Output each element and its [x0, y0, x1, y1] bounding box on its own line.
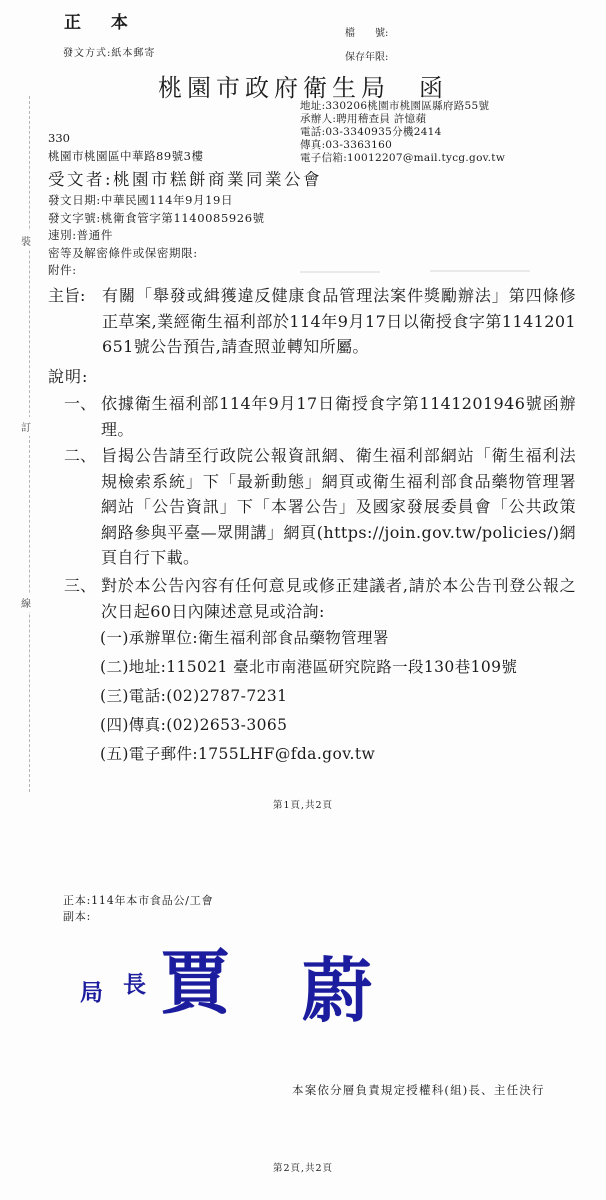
document-meta-block: 發文日期:中華民國114年9月19日 發文字號:桃衛食管字第1140085926…	[48, 192, 265, 280]
margin-char-zhuang: 裝	[21, 231, 31, 250]
agency-contact-person: 承辦人:聘用稽查員 許憶蘋	[300, 113, 505, 126]
subitem-fax: (四)傳真:(02)2653-3065	[100, 711, 517, 740]
issue-number: 發文字號:桃衛食管字第1140085926號	[48, 210, 265, 228]
delegation-note: 本案依分層負責規定授權科(組)長、主任決行	[292, 1082, 545, 1098]
scanned-official-letter: 裝 訂 線 正 本 發文方式:紙本郵寄 檔 號: 保存年限: 桃園市政府衛生局 …	[0, 0, 606, 1200]
contact-subitems: (一)承辦單位:衛生福利部食品藥物管理署 (二)地址:115021 臺北市南港區…	[100, 624, 517, 769]
signer-title-char: 局	[80, 974, 103, 1007]
attachment: 附件:	[48, 262, 265, 280]
agency-contact-block: 地址:330206桃園市桃園區縣府路55號 承辦人:聘用稽查員 許憶蘋 電話:0…	[300, 100, 505, 165]
explanation-item-2: 二、 旨揭公告請至行政院公報資訊網、衛生福利部網站「衛生福利法規檢索系統」下「最…	[64, 443, 576, 571]
explanation-item-1: 一、 依據衛生福利部114年9月17日衛授食字第1141201946號函辦理。	[64, 391, 576, 442]
issue-date: 發文日期:中華民國114年9月19日	[48, 192, 265, 210]
explanation-item-3: 三、 對於本公告內容有任何意見或修正建議者,請於本公告刊登公報之次日起60日內陳…	[64, 573, 576, 624]
item-text: 依據衛生福利部114年9月17日衛授食字第1141201946號函辦理。	[101, 391, 576, 442]
copy-type-label: 正 本	[64, 8, 140, 33]
agency-address: 地址:330206桃園市桃園區縣府路55號	[300, 100, 505, 113]
send-method-label: 發文方式:紙本郵寄	[63, 44, 155, 59]
agency-fax: 傳真:03-3363160	[300, 139, 505, 152]
priority: 速別:普通件	[48, 227, 265, 245]
recipient-mailing-address: 桃園市桃園區中華路89號3樓	[48, 148, 203, 164]
retention-period-label: 保存年限:	[345, 48, 388, 63]
item-number: 二、	[64, 443, 101, 469]
original-copy-line: 正本:114年本市食品公/工會	[63, 893, 213, 909]
subject-label: 主旨:	[48, 283, 102, 309]
file-number-label: 檔 號:	[345, 24, 388, 39]
agency-phone: 電話:03-3340935分機2414	[300, 126, 505, 139]
subitem-address: (二)地址:115021 臺北市南港區研究院路一段130巷109號	[100, 653, 517, 682]
margin-char-xian: 線	[21, 593, 31, 612]
binding-dashed-line	[29, 96, 30, 792]
subitem-phone: (三)電話:(02)2787-7231	[100, 682, 517, 711]
document-title: 桃園市政府衛生局 函	[0, 68, 606, 103]
item-text: 旨揭公告請至行政院公報資訊網、衛生福利部網站「衛生福利法規檢索系統」下「最新動態…	[101, 443, 576, 571]
subitem-unit: (一)承辦單位:衛生福利部食品藥物管理署	[100, 624, 517, 653]
signer-title-char: 長	[123, 966, 146, 999]
recipient-line: 受文者:桃園市糕餅商業同業公會	[48, 166, 322, 190]
cc-line: 副本:	[63, 909, 213, 925]
item-number: 一、	[64, 391, 101, 417]
subject-text: 有關「舉發或緝獲違反健康食品管理法案件獎勵辦法」第四條修正草案,業經衛生福利部於…	[102, 283, 576, 360]
distribution-block: 正本:114年本市食品公/工會 副本:	[63, 893, 213, 925]
item-text: 對於本公告內容有任何意見或修正建議者,請於本公告刊登公報之次日起60日內陳述意見…	[101, 573, 576, 624]
page2-footer: 第2頁,共2頁	[0, 1160, 606, 1174]
page1-footer: 第1頁,共2頁	[0, 797, 606, 811]
item-number: 三、	[64, 573, 101, 599]
explanation-label: 說明:	[48, 364, 88, 387]
margin-char-ding: 訂	[21, 417, 31, 436]
director-signature-stamp: 局 長 賈 蔚	[80, 948, 372, 1026]
agency-email: 電子信箱:10012207@mail.tycg.gov.tw	[300, 152, 505, 165]
classification: 密等及解密條件或保密期限:	[48, 245, 265, 263]
signer-name-char: 蔚	[302, 956, 372, 1026]
scan-artifact	[300, 271, 380, 273]
scan-artifact	[430, 270, 530, 272]
subject-row: 主旨: 有關「舉發或緝獲違反健康食品管理法案件獎勵辦法」第四條修正草案,業經衛生…	[48, 283, 576, 360]
recipient-zip: 330	[48, 131, 70, 145]
signer-name-char: 賈	[160, 948, 230, 1018]
subitem-email: (五)電子郵件:1755LHF@fda.gov.tw	[100, 740, 517, 769]
